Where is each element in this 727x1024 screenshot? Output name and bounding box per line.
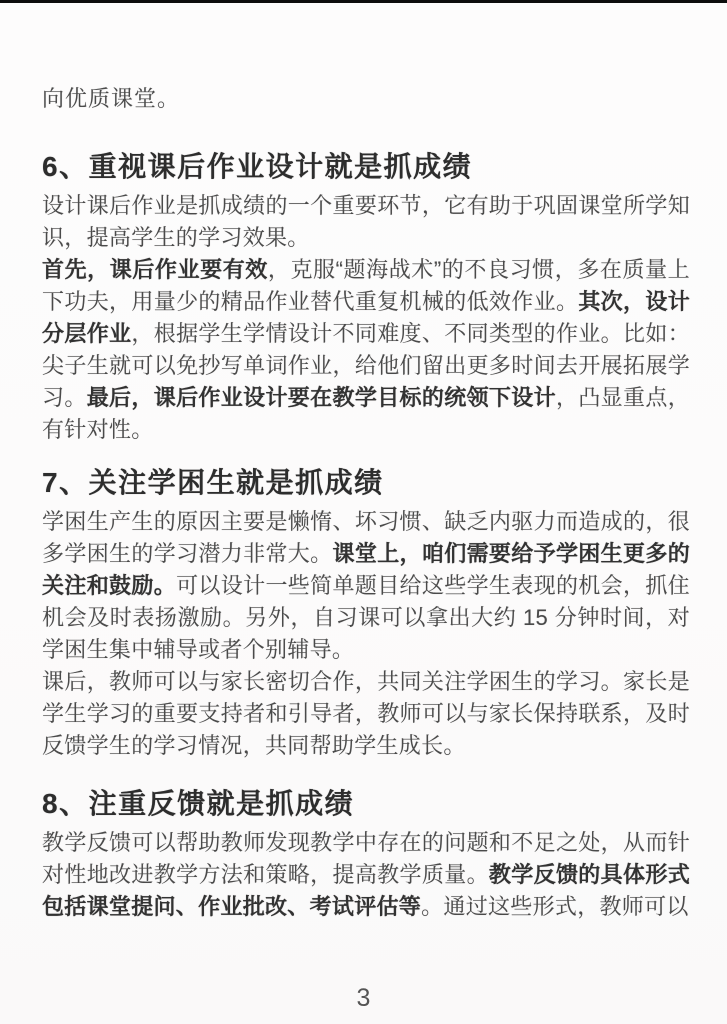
paragraph: 教学反馈可以帮助教师发现教学中存在的问题和不足之处，从而针对性地改进教学方法和策…	[42, 827, 690, 923]
bold-text-run: 最后，课后作业设计要在教学目标的统领下设计	[87, 385, 556, 410]
page-number: 3	[0, 984, 727, 1013]
text-run: 。通过这些形式，教师可以	[421, 894, 689, 919]
document-section: 8、注重反馈就是抓成绩教学反馈可以帮助教师发现教学中存在的问题和不足之处，从而针…	[42, 787, 690, 923]
section-heading: 8、注重反馈就是抓成绩	[42, 787, 690, 821]
bold-text-run: 首先，课后作业要有效	[42, 257, 268, 282]
paragraph: 首先，课后作业要有效，克服“题海战术”的不良习惯，多在质量上下功夫，用量少的精品…	[42, 254, 690, 446]
text-run: 设计课后作业是抓成绩的一个重要环节，它有助于巩固课堂所学知识，提高学生的学习效果…	[42, 193, 690, 250]
page-content: 向优质课堂。 6、重视课后作业设计就是抓成绩设计课后作业是抓成绩的一个重要环节，…	[42, 84, 690, 923]
intro-paragraph: 向优质课堂。	[42, 84, 690, 114]
document-section: 6、重视课后作业设计就是抓成绩设计课后作业是抓成绩的一个重要环节，它有助于巩固课…	[42, 150, 690, 446]
paragraph: 课后，教师可以与家长密切合作，共同关注学困生的学习。家长是学生学习的重要支持者和…	[42, 666, 690, 762]
text-run: 课后，教师可以与家长密切合作，共同关注学困生的学习。家长是学生学习的重要支持者和…	[42, 669, 690, 758]
paragraph: 学困生产生的原因主要是懒惰、坏习惯、缺乏内驱力而造成的，很多学困生的学习潜力非常…	[42, 506, 690, 666]
document-page: 向优质课堂。 6、重视课后作业设计就是抓成绩设计课后作业是抓成绩的一个重要环节，…	[0, 0, 727, 1024]
sections-container: 6、重视课后作业设计就是抓成绩设计课后作业是抓成绩的一个重要环节，它有助于巩固课…	[42, 150, 690, 923]
section-heading: 6、重视课后作业设计就是抓成绩	[42, 150, 690, 184]
section-heading: 7、关注学困生就是抓成绩	[42, 466, 690, 500]
document-section: 7、关注学困生就是抓成绩学困生产生的原因主要是懒惰、坏习惯、缺乏内驱力而造成的，…	[42, 466, 690, 762]
paragraph: 设计课后作业是抓成绩的一个重要环节，它有助于巩固课堂所学知识，提高学生的学习效果…	[42, 190, 690, 254]
top-edge-bar	[0, 0, 727, 3]
